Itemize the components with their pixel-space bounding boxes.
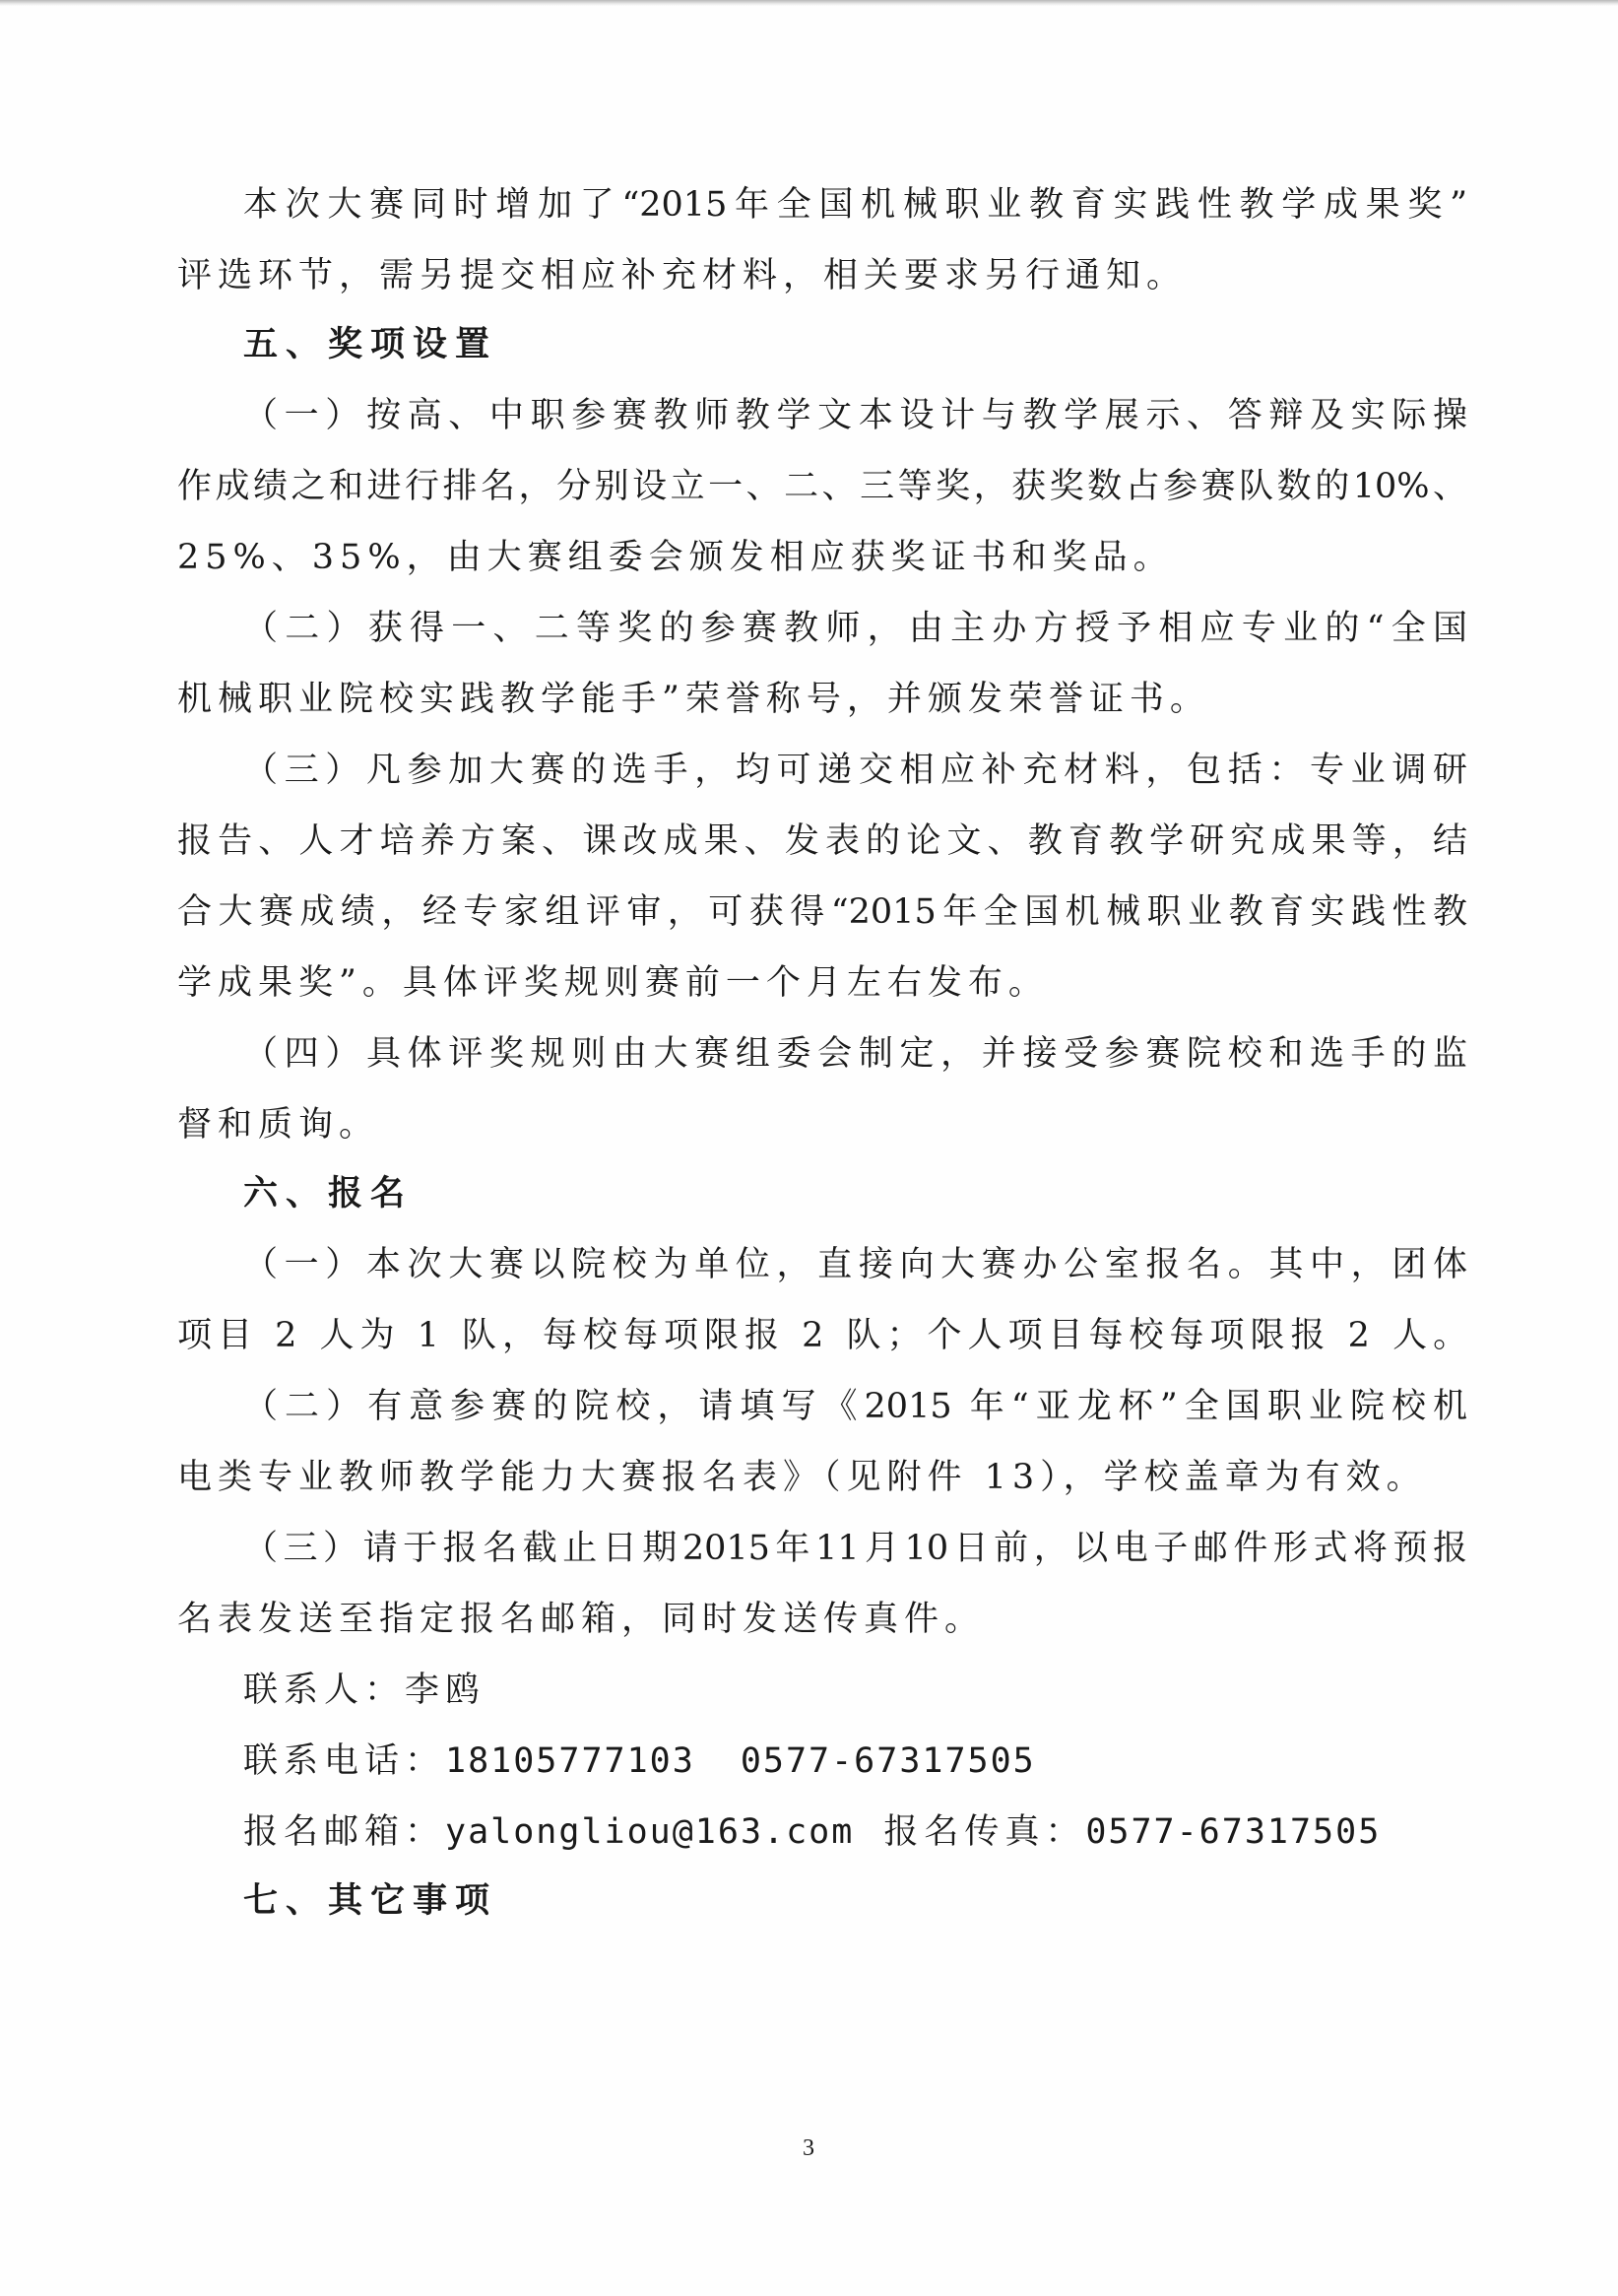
paragraph-line: 评选环节，需另提交相应补充材料，相关要求另行通知。 (177, 254, 1187, 297)
section-heading-awards: 五、奖项设置 (243, 323, 497, 366)
contact-email-fax: 报名邮箱：yalongliou@163.com报名传真：0577-6731750… (243, 1810, 1381, 1854)
paragraph-line: 25%、35%，由大赛组委会颁发相应获奖证书和奖品。 (177, 536, 1174, 579)
contact-person: 联系人：李鸥 (243, 1669, 485, 1712)
paragraph-line: 报告、人才培养方案、课改成果、发表的论文、教育教学研究成果等，结 (177, 820, 1467, 863)
paragraph-line: （二）获得一、二等奖的参赛教师，由主办方授予相应专业的“全国 (243, 607, 1467, 650)
paragraph-line: 合大赛成绩，经专家组评审，可获得“2015年全国机械职业教育实践性教 (177, 890, 1467, 934)
contact-phone: 联系电话：181057771030577-67317505 (243, 1739, 1036, 1783)
paragraph-line: （二）有意参赛的院校，请填写《2015 年“亚龙杯”全国职业院校机 (243, 1385, 1467, 1428)
contact-fax: 0577-67317505 (1085, 1812, 1381, 1852)
paragraph-line: 机械职业院校实践教学能手”荣誉称号，并颁发荣誉证书。 (177, 678, 1210, 721)
contact-phone-mobile: 18105777103 (445, 1741, 695, 1781)
contact-fax-label: 报名传真： (883, 1812, 1085, 1852)
paragraph-line: （四）具体评奖规则由大赛组委会制定，并接受参赛院校和选手的监 (243, 1032, 1467, 1076)
paragraph-line: （三）请于报名截止日期2015年11月10日前，以电子邮件形式将预报 (243, 1527, 1467, 1570)
section-heading-other: 七、其它事项 (243, 1879, 497, 1923)
paragraph-line: 本次大赛同时增加了“2015年全国机械职业教育实践性教学成果奖” (243, 183, 1467, 227)
paragraph-line: 电类专业教师教学能力大赛报名表》（见附件 13），学校盖章为有效。 (177, 1456, 1427, 1499)
section-heading-registration: 六、报名 (243, 1172, 413, 1215)
contact-person-label: 联系人： (243, 1671, 405, 1710)
paragraph-line: 项目 2 人为 1 队，每校每项限报 2 队；个人项目每校每项限报 2 人。 (177, 1314, 1473, 1357)
page-number: 3 (803, 2135, 814, 2162)
contact-person-name: 李鸥 (405, 1671, 485, 1710)
scan-top-edge (0, 0, 1618, 6)
contact-phone-label: 联系电话： (243, 1741, 445, 1781)
document-page: 本次大赛同时增加了“2015年全国机械职业教育实践性教学成果奖” 评选环节，需另… (0, 0, 1618, 2296)
paragraph-line: 督和质询。 (177, 1103, 379, 1147)
paragraph-line: 作成绩之和进行排名，分别设立一、二、三等奖，获奖数占参赛队数的10%、 (177, 465, 1467, 508)
paragraph-line: （一）按高、中职参赛教师教学文本设计与教学展示、答辩及实际操 (243, 394, 1467, 437)
contact-email[interactable]: yalongliou@163.com (445, 1812, 854, 1852)
contact-phone-office: 0577-67317505 (741, 1741, 1036, 1781)
contact-email-label: 报名邮箱： (243, 1812, 445, 1852)
paragraph-line: 学成果奖”。具体评奖规则赛前一个月左右发布。 (177, 961, 1049, 1005)
paragraph-line: 名表发送至指定报名邮箱，同时发送传真件。 (177, 1598, 985, 1641)
paragraph-line: （三）凡参加大赛的选手，均可递交相应补充材料，包括：专业调研 (243, 749, 1467, 792)
paragraph-line: （一）本次大赛以院校为单位，直接向大赛办公室报名。其中，团体 (243, 1243, 1467, 1286)
